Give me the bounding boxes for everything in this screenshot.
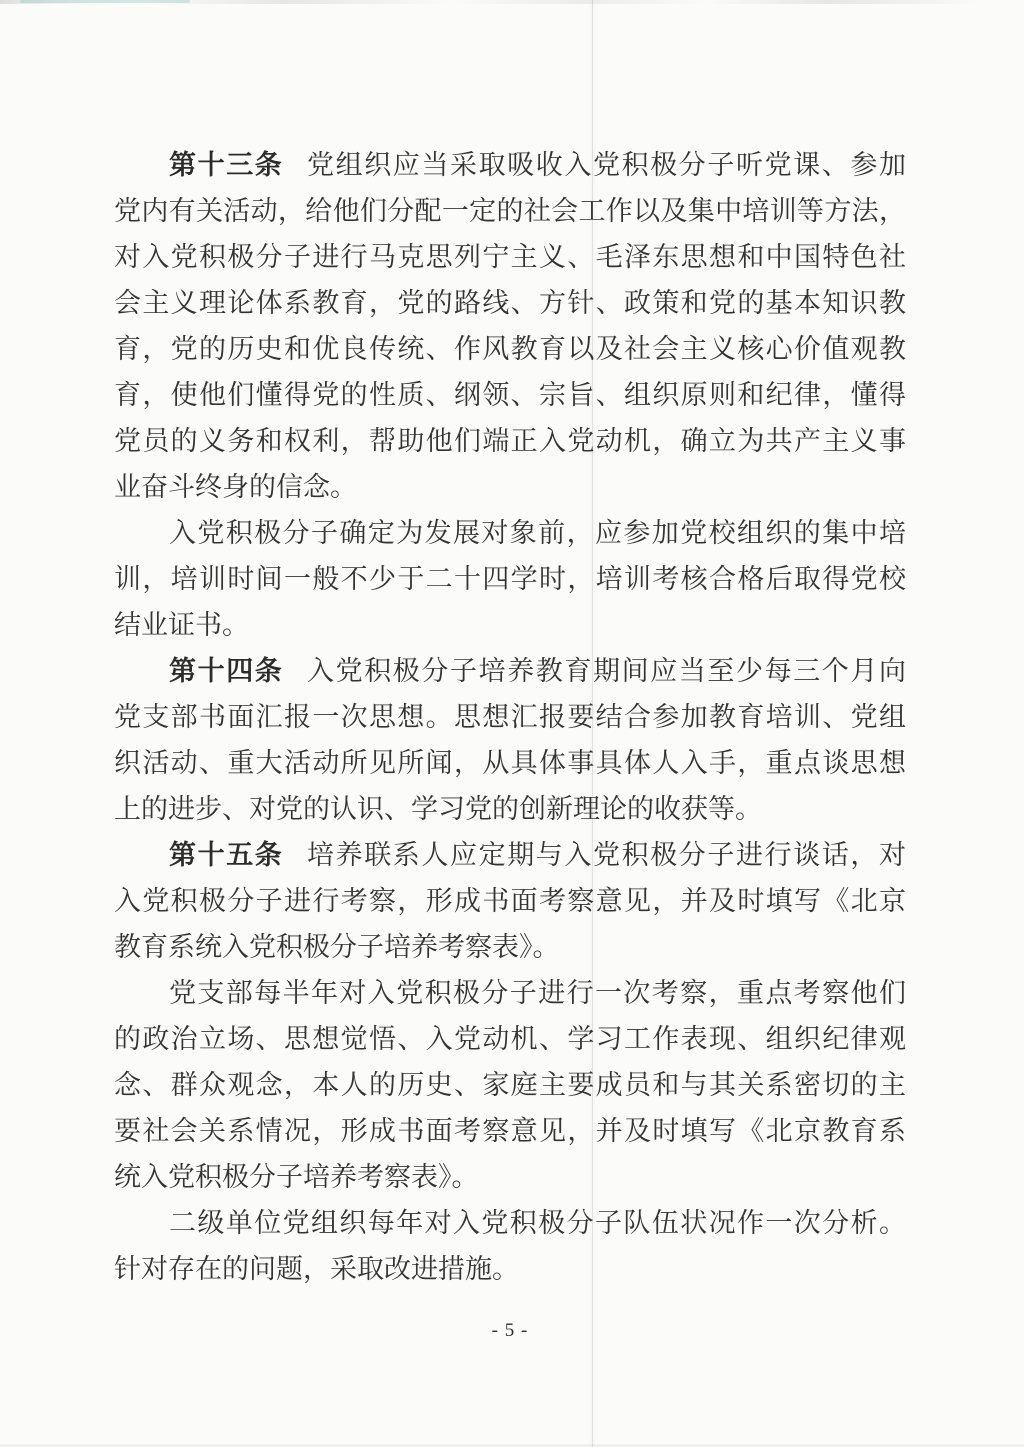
text-line: 结业证书。	[114, 602, 906, 648]
line-text: 育，使他们懂得党的性质、纲领、宗旨、组织原则和纪律，懂得	[114, 380, 906, 410]
line-text: 二级单位党组织每年对入党积极分子队伍状况作一次分析。	[169, 1208, 906, 1238]
line-text: 训，培训时间一般不少于二十四学时，培训考核合格后取得党校	[114, 564, 906, 594]
text-line: 育，党的历史和优良传统、作风教育以及社会主义核心价值观教	[114, 326, 906, 372]
line-text: 入党积极分子确定为发展对象前，应参加党校组织的集中培	[169, 518, 906, 548]
scan-artifact-teal-mark	[20, 0, 190, 3]
line-text: 的政治立场、思想觉悟、入党动机、学习工作表现、组织纪律观	[114, 1024, 906, 1054]
text-line: 针对存在的问题，采取改进措施。	[114, 1246, 906, 1292]
text-line: 第十三条党组织应当采取吸收入党积极分子听党课、参加	[114, 142, 906, 188]
line-text: 针对存在的问题，采取改进措施。	[114, 1254, 519, 1284]
text-line: 第十四条入党积极分子培养教育期间应当至少每三个月向	[114, 648, 906, 694]
line-text: 育，党的历史和优良传统、作风教育以及社会主义核心价值观教	[114, 334, 906, 364]
line-text: 党支部书面汇报一次思想。思想汇报要结合参加教育培训、党组	[114, 702, 906, 732]
text-line: 要社会关系情况，形成书面考察意见，并及时填写《北京教育系	[114, 1108, 906, 1154]
line-text: 入党积极分子培养教育期间应当至少每三个月向	[305, 656, 906, 686]
line-text: 教育系统入党积极分子培养考察表》。	[114, 932, 560, 962]
text-line: 党支部书面汇报一次思想。思想汇报要结合参加教育培训、党组	[114, 694, 906, 740]
text-line: 训，培训时间一般不少于二十四学时，培训考核合格后取得党校	[114, 556, 906, 602]
line-text: 统入党积极分子培养考察表》。	[114, 1162, 479, 1192]
text-line: 第十五条培养联系人应定期与入党积极分子进行谈话，对	[114, 832, 906, 878]
article-number: 第十三条	[169, 150, 283, 180]
line-text: 念、群众观念，本人的历史、家庭主要成员和与其关系密切的主	[114, 1070, 906, 1100]
line-text: 党内有关活动，给他们分配一定的社会工作以及集中培训等方法，	[114, 196, 906, 226]
line-text: 党组织应当采取吸收入党积极分子听党课、参加	[305, 150, 906, 180]
text-line: 党内有关活动，给他们分配一定的社会工作以及集中培训等方法，	[114, 188, 906, 234]
text-line: 教育系统入党积极分子培养考察表》。	[114, 924, 906, 970]
text-line: 统入党积极分子培养考察表》。	[114, 1154, 906, 1200]
line-text: 上的进步、对党的认识、学习党的创新理论的收获等。	[114, 794, 762, 824]
text-line: 育，使他们懂得党的性质、纲领、宗旨、组织原则和纪律，懂得	[114, 372, 906, 418]
text-line: 对入党积极分子进行马克思列宁主义、毛泽东思想和中国特色社	[114, 234, 906, 280]
line-text: 结业证书。	[114, 610, 249, 640]
document-text-block: 第十三条党组织应当采取吸收入党积极分子听党课、参加党内有关活动，给他们分配一定的…	[114, 142, 906, 1292]
text-line: 二级单位党组织每年对入党积极分子队伍状况作一次分析。	[114, 1200, 906, 1246]
line-text: 对入党积极分子进行马克思列宁主义、毛泽东思想和中国特色社	[114, 242, 906, 272]
line-text: 织活动、重大活动所见所闻，从具体事具体人入手，重点谈思想	[114, 748, 906, 778]
article-number: 第十四条	[169, 656, 283, 686]
line-text: 培养联系人应定期与入党积极分子进行谈话，对	[305, 840, 906, 870]
text-line: 会主义理论体系教育，党的路线、方针、政策和党的基本知识教	[114, 280, 906, 326]
text-line: 入党积极分子确定为发展对象前，应参加党校组织的集中培	[114, 510, 906, 556]
line-text: 要社会关系情况，形成书面考察意见，并及时填写《北京教育系	[114, 1116, 906, 1146]
text-line: 上的进步、对党的认识、学习党的创新理论的收获等。	[114, 786, 906, 832]
text-line: 入党积极分子进行考察，形成书面考察意见，并及时填写《北京	[114, 878, 906, 924]
text-line: 织活动、重大活动所见所闻，从具体事具体人入手，重点谈思想	[114, 740, 906, 786]
page-number: - 5 -	[114, 1320, 906, 1342]
line-text: 会主义理论体系教育，党的路线、方针、政策和党的基本知识教	[114, 288, 906, 318]
line-text: 入党积极分子进行考察，形成书面考察意见，并及时填写《北京	[114, 886, 906, 916]
text-line: 党支部每半年对入党积极分子进行一次考察，重点考察他们	[114, 970, 906, 1016]
text-line: 党员的义务和权利，帮助他们端正入党动机，确立为共产主义事	[114, 418, 906, 464]
line-text: 业奋斗终身的信念。	[114, 472, 357, 502]
text-line: 业奋斗终身的信念。	[114, 464, 906, 510]
line-text: 党员的义务和权利，帮助他们端正入党动机，确立为共产主义事	[114, 426, 906, 456]
line-text: 党支部每半年对入党积极分子进行一次考察，重点考察他们	[169, 978, 906, 1008]
text-line: 的政治立场、思想觉悟、入党动机、学习工作表现、组织纪律观	[114, 1016, 906, 1062]
text-line: 念、群众观念，本人的历史、家庭主要成员和与其关系密切的主	[114, 1062, 906, 1108]
scanned-document-page: 第十三条党组织应当采取吸收入党积极分子听党课、参加党内有关活动，给他们分配一定的…	[0, 0, 1024, 1447]
article-number: 第十五条	[169, 840, 283, 870]
